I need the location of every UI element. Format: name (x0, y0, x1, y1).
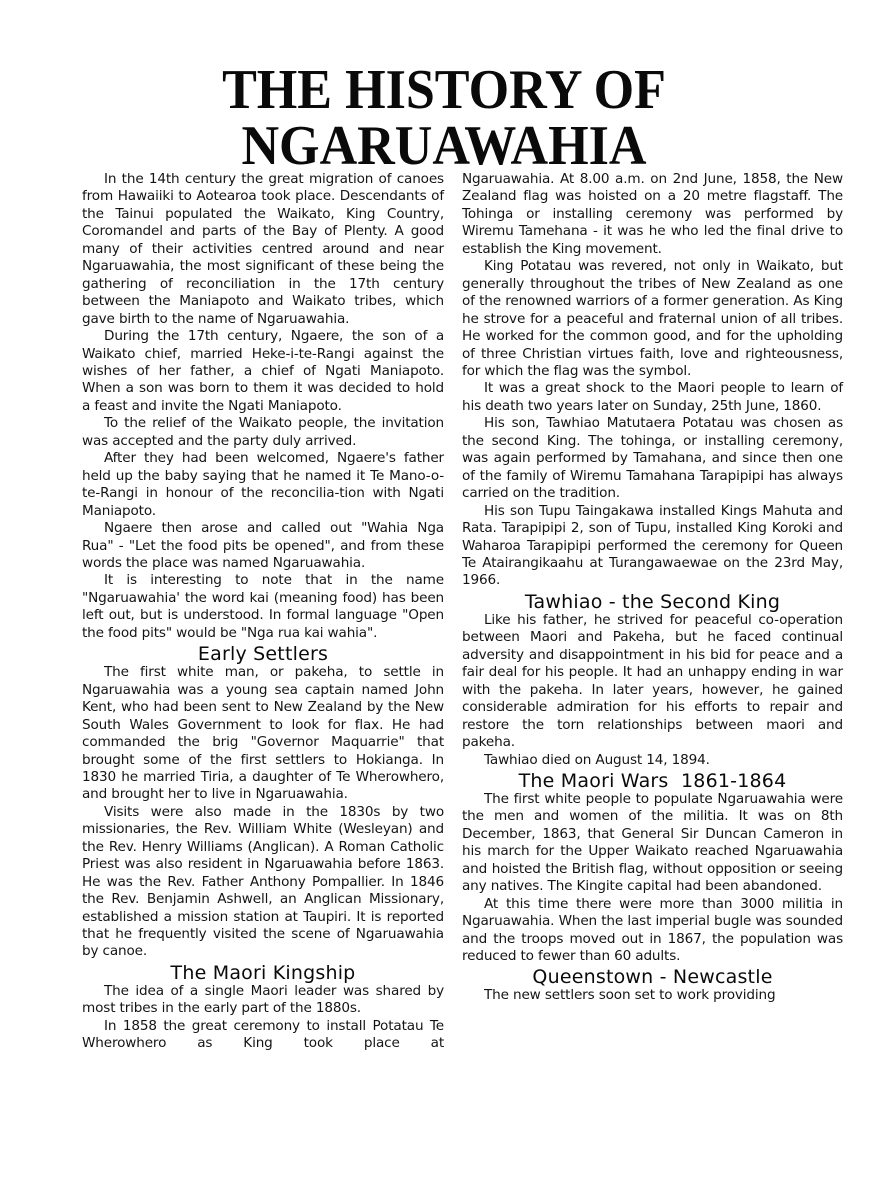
paragraph: It is interesting to note that in the na… (82, 572, 444, 642)
section-heading-maori-kingship: The Maori Kingship (82, 963, 444, 983)
title-line-1: THE HISTORY OF (31, 62, 857, 118)
right-column: Ngaruawahia. At 8.00 a.m. on 2nd June, 1… (462, 171, 843, 1005)
paragraph: During the 17th century, Ngaere, the son… (82, 328, 444, 415)
section-heading-maori-wars: The Maori Wars 1861-1864 (462, 771, 843, 791)
paragraph: In the 14th century the great migration … (82, 171, 444, 328)
paragraph: At this time there were more than 3000 m… (462, 896, 843, 966)
paragraph: King Potatau was revered, not only in Wa… (462, 258, 843, 380)
section-heading-tawhiao: Tawhiao - the Second King (462, 592, 843, 612)
page-title: THE HISTORY OF NGARUAWAHIA (31, 62, 857, 174)
paragraph: After they had been welcomed, Ngaere's f… (82, 450, 444, 520)
section-heading-early-settlers: Early Settlers (82, 644, 444, 664)
paragraph: The first white man, or pakeha, to settl… (82, 664, 444, 804)
section-heading-queenstown-newcastle: Queenstown - Newcastle (462, 967, 843, 987)
paragraph: In 1858 the great ceremony to install Po… (82, 1018, 444, 1053)
paragraph: Tawhiao died on August 14, 1894. (462, 752, 843, 769)
paragraph: To the relief of the Waikato people, the… (82, 415, 444, 450)
paragraph: His son, Tawhiao Matutaera Potatau was c… (462, 415, 843, 502)
paragraph: His son Tupu Taingakawa installed Kings … (462, 503, 843, 590)
paragraph-continued: Ngaruawahia. At 8.00 a.m. on 2nd June, 1… (462, 171, 843, 258)
paragraph: Like his father, he strived for peaceful… (462, 612, 843, 752)
paragraph: Visits were also made in the 1830s by tw… (82, 804, 444, 961)
paragraph: Ngaere then arose and called out "Wahia … (82, 520, 444, 572)
paragraph: The first white people to populate Ngaru… (462, 791, 843, 896)
left-column: In the 14th century the great migration … (82, 171, 444, 1053)
paragraph: The idea of a single Maori leader was sh… (82, 983, 444, 1018)
paragraph: The new settlers soon set to work provid… (462, 987, 843, 1004)
paragraph: It was a great shock to the Maori people… (462, 380, 843, 415)
title-line-2: NGARUAWAHIA (31, 118, 857, 174)
